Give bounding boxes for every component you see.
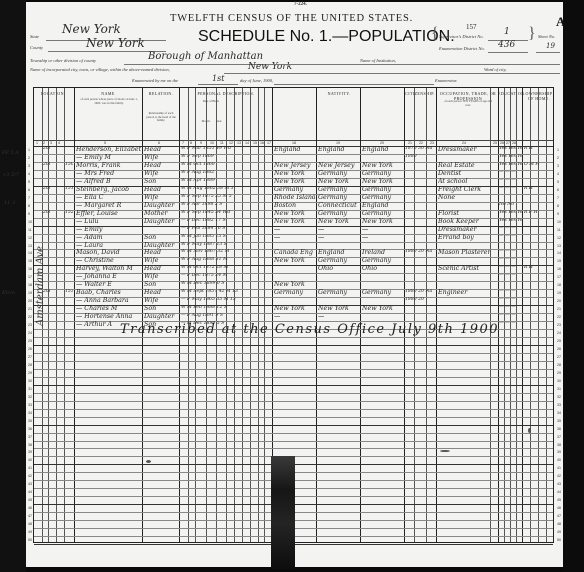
education-cell: — — — (499, 289, 522, 294)
name-cell: Morris, Frank (76, 162, 141, 169)
personal-description-cell: — F Aug 1891 9 S (181, 313, 271, 318)
sheet-no-line (536, 52, 560, 53)
column-divider (522, 88, 523, 542)
street-name-margin: Amsterdam Ave (35, 246, 46, 326)
father-birthplace-cell: Germany (318, 170, 359, 177)
row-divider (34, 433, 553, 434)
father-birthplace-cell: Germany (318, 186, 359, 193)
personal-description-cell: W M Sept 1857 42 M 13 (181, 289, 271, 294)
row-number-left: 39 (28, 450, 32, 454)
row-number-right: 3 (557, 164, 559, 168)
birthplace-cell: New Jersey (274, 162, 315, 169)
education-cell: — — — (499, 273, 522, 278)
ink-speck (440, 450, 450, 452)
county-label: County (30, 45, 43, 50)
row-number-right: 47 (557, 514, 561, 518)
column-number: 21 (408, 141, 412, 145)
district-brace-right: } (528, 25, 536, 43)
row-divider (34, 417, 553, 418)
family-number-cell: 151 (65, 186, 73, 191)
father-birthplace-cell: — (318, 226, 359, 233)
institution-line (266, 64, 560, 65)
row-number-right: 37 (557, 435, 561, 439)
row-divider (34, 337, 553, 338)
father-birthplace-cell: New York (318, 218, 359, 225)
ink-speck (528, 428, 531, 433)
left-note-1: FF 5 A (2, 150, 19, 156)
name-cell: — Mrs Fred (76, 170, 141, 177)
form-id: 7-224. (294, 2, 307, 7)
relation-cell: Son (144, 234, 178, 241)
personal-description-cell: W F Mar 1851 49 Wd (181, 146, 271, 151)
relation-cell: Wife (144, 257, 178, 264)
personal-description-cell: W F Sep 1845 54 Wd (181, 210, 271, 215)
relation-cell: Daughter (144, 242, 178, 249)
name-cell: — Alfred B (76, 178, 141, 185)
father-birthplace-cell: New York (318, 305, 359, 312)
name-cell: Harvey, Walton M (76, 265, 141, 272)
column-divider (538, 88, 539, 542)
personal-description-cell: W F Aug 1868 31 M (181, 257, 271, 262)
personal-description-cell: W F Apr 1898 2 S (181, 202, 271, 207)
table-header: LOCATION. NAME of each person whose plac… (34, 88, 553, 147)
row-number-left: 19 (28, 291, 32, 295)
name-cell: — Christine (76, 257, 141, 264)
birthplace-cell: — (274, 226, 315, 233)
mother-birthplace-cell: England (362, 146, 403, 153)
personal-description-cell: — F Dec 1875 24 M (181, 273, 271, 278)
row-number-left: 46 (28, 506, 32, 510)
column-number: 11 (220, 141, 224, 145)
personal-description-cell: W M Oct 1860 (181, 162, 271, 167)
row-number-left: 9 (28, 212, 30, 216)
supervisor-label: Supervisor's District No. (439, 34, 484, 39)
education-cell: Yes Yes Yes (499, 218, 522, 223)
enumerated-suffix: day of June, 1900, (240, 78, 273, 83)
column-number: 28 (512, 141, 516, 145)
personal-description-cell: — F May 1865 35 M 13 (181, 297, 271, 302)
header-citizenship: CITIZENSHIP. (404, 91, 436, 96)
father-birthplace-cell: England (318, 249, 359, 256)
row-number-left: 11 (28, 228, 32, 232)
house-number-cell: 200 (43, 146, 50, 151)
citizenship-cell: 1880 20 Na (405, 289, 435, 294)
occupation-cell: Book Keeper (438, 218, 490, 225)
education-cell: — — — (499, 305, 522, 310)
row-divider (34, 401, 553, 402)
enumerated-day: 1st (212, 74, 224, 83)
column-number: 9 (200, 141, 202, 145)
mother-birthplace-cell: England (362, 202, 403, 209)
name-cell: — Johanna E (76, 273, 141, 280)
row-divider (34, 377, 553, 378)
birthplace-cell: England (274, 146, 315, 153)
row-number-right: 5 (557, 180, 559, 184)
enumeration-value: 436 (498, 40, 515, 50)
document-title: TWELFTH CENSUS OF THE UNITED STATES. (170, 13, 413, 24)
row-number-left: 45 (28, 498, 32, 502)
mother-birthplace-cell: Germany (362, 210, 403, 217)
education-cell: Yes Yes Yes (499, 162, 522, 167)
mother-birthplace-cell: — (362, 226, 403, 233)
birthplace-cell: Boston (274, 202, 315, 209)
name-cell: — Adam (76, 234, 141, 241)
row-number-left: 33 (28, 403, 32, 407)
column-number: 17 (267, 141, 271, 145)
row-number-right: 44 (557, 490, 561, 494)
birthplace-cell: New York (274, 178, 315, 185)
row-number-left: 14 (28, 251, 32, 255)
enumerator-line (274, 84, 434, 85)
row-number-left: 24 (28, 331, 32, 335)
header-occupation-sub: of each person TEN YEARS of age and over… (442, 100, 494, 107)
column-number: 12 (229, 141, 233, 145)
education-cell: — — — (499, 321, 522, 326)
row-number-left: 16 (28, 267, 32, 271)
mother-birthplace-cell: Germany (362, 257, 403, 264)
column-number: 1 (36, 141, 38, 145)
sheet-no-value: 19 (546, 42, 555, 50)
row-number-right: 21 (557, 307, 561, 311)
row-number-left: 18 (28, 283, 32, 287)
row-number-left: 38 (28, 443, 32, 447)
birthplace-cell: — (274, 313, 315, 320)
ownership-cell: R H (524, 186, 554, 191)
row-number-right: 26 (557, 347, 561, 351)
father-birthplace-cell: Germany (318, 289, 359, 296)
name-cell: — Charles M (76, 305, 141, 312)
row-number-left: 50 (28, 538, 32, 542)
row-number-right: 38 (557, 443, 561, 447)
row-number-right: 14 (557, 251, 561, 255)
ownership-cell: R F H (524, 210, 554, 215)
row-number-right: 48 (557, 522, 561, 526)
column-number: 20 (380, 141, 384, 145)
column-number: 23 (430, 141, 434, 145)
birthplace-cell: Canada Eng (274, 249, 315, 256)
schedule-title: SCHEDULE No. 1.—POPULATION. (198, 28, 455, 46)
sheet-number: 157 (466, 23, 477, 31)
ward-line (336, 73, 560, 74)
row-number-right: 22 (557, 315, 561, 319)
column-number: 19 (336, 141, 340, 145)
row-number-right: 23 (557, 323, 561, 327)
row-number-right: 25 (557, 339, 561, 343)
row-divider (34, 385, 553, 386)
row-number-left: 1 (28, 148, 30, 152)
name-cell: Effler, Louise (76, 210, 141, 217)
column-number: 25 (493, 141, 497, 145)
birthplace-cell: New York (274, 305, 315, 312)
relation-cell: Son (144, 305, 178, 312)
relation-cell: Wife (144, 273, 178, 280)
row-number-left: 37 (28, 435, 32, 439)
header-nativity: NATIVITY. (274, 91, 404, 96)
row-divider (34, 345, 553, 346)
header-name: NAME (74, 91, 142, 96)
personal-description-cell: W M Oct 1872 28 M (181, 265, 271, 270)
row-number-right: 29 (557, 371, 561, 375)
personal-description-cell: W M Feb 1888 12 S (181, 305, 271, 310)
name-cell: — Hortense Anna (76, 313, 141, 320)
row-number-right: 50 (557, 538, 561, 542)
education-cell: No No (499, 202, 522, 207)
education-cell: — — — (499, 265, 522, 270)
relation-cell: Head (144, 186, 178, 193)
occupation-cell: Dentist (438, 170, 490, 177)
row-number-right: 35 (557, 419, 561, 423)
relation-cell: Daughter (144, 218, 178, 225)
family-number-cell: 153 (65, 289, 73, 294)
row-number-left: 13 (28, 244, 32, 248)
column-divider (546, 88, 547, 542)
row-number-right: 1 (557, 148, 559, 152)
mother-birthplace-cell: Ireland (362, 249, 403, 256)
scan-smudge (271, 456, 295, 569)
enumerator-label: Enumerator. (435, 78, 457, 83)
row-number-right: 7 (557, 196, 559, 200)
column-number: 26 (500, 141, 504, 145)
state-value: New York (62, 22, 121, 36)
family-number-cell: 152 (65, 210, 73, 215)
mother-birthplace-cell: Germany (362, 170, 403, 177)
education-cell: — — — (499, 257, 522, 262)
mother-birthplace-cell: New York (362, 178, 403, 185)
row-number-right: 41 (557, 466, 561, 470)
birthplace-cell: Rhode Island (274, 194, 315, 201)
column-number: 2 (43, 141, 45, 145)
birthplace-cell: New York (274, 257, 315, 264)
education-cell: — — — (499, 226, 522, 231)
relation-cell: Son (144, 178, 178, 185)
relation-cell: Head (144, 265, 178, 272)
name-cell: — Ella C (76, 194, 141, 201)
personal-description-cell: W M Nov 1867 32 M (181, 249, 271, 254)
row-number-right: 2 (557, 156, 559, 160)
row-number-left: 43 (28, 482, 32, 486)
personal-description-cell: W M Jan 1885 15 S (181, 234, 271, 239)
row-number-left: 26 (28, 347, 32, 351)
ownership-cell: R H (524, 265, 554, 270)
education-cell: — — — (499, 297, 522, 302)
ownership-cell: O M H (524, 162, 554, 167)
mother-birthplace-cell: New York (362, 162, 403, 169)
education-cell: — — — (499, 249, 522, 254)
row-number-left: 49 (28, 530, 32, 534)
occupation-cell: Dressmaker (438, 146, 490, 153)
column-number: 27 (506, 141, 510, 145)
row-number-right: 12 (557, 236, 561, 240)
row-number-left: 4 (28, 172, 30, 176)
name-cell: — Anna Barbara (76, 297, 141, 304)
row-number-left: 23 (28, 323, 32, 327)
row-number-left: 36 (28, 427, 32, 431)
row-number-right: 49 (557, 530, 561, 534)
row-number-left: 31 (28, 387, 32, 391)
row-number-right: 42 (557, 474, 561, 478)
enumerated-day-line (198, 84, 238, 85)
relation-cell: Head (144, 289, 178, 296)
column-number: 5 (104, 141, 106, 145)
column-number: 3 (50, 141, 52, 145)
row-divider (34, 361, 553, 362)
row-number-right: 19 (557, 291, 561, 295)
row-number-right: 10 (557, 220, 561, 224)
father-birthplace-cell: New Jersey (318, 162, 359, 169)
column-divider (142, 88, 143, 542)
column-number: 16 (260, 141, 264, 145)
row-number-right: 16 (557, 267, 561, 271)
row-number-left: 21 (28, 307, 32, 311)
left-note-2: +3 5/7 (2, 172, 19, 178)
personal-description-cell: W F Sep 1875 25 M 5 (181, 194, 271, 199)
row-number-left: 2 (28, 156, 30, 160)
row-number-right: 46 (557, 506, 561, 510)
citizenship-cell: 1880 20 Na (405, 249, 435, 254)
row-number-right: 28 (557, 363, 561, 367)
father-birthplace-cell: England (318, 146, 359, 153)
birthplace-cell: New York (274, 281, 315, 288)
occupation-cell: Engineer (438, 289, 490, 296)
county-value: New York (86, 36, 145, 50)
row-number-left: 34 (28, 411, 32, 415)
relation-cell: Mother (144, 210, 178, 217)
relation-cell: Wife (144, 154, 178, 161)
city-label: Name of incorporated city, town, or vill… (30, 67, 170, 72)
township-value: Borough of Manhattan (148, 51, 263, 62)
relation-cell: Head (144, 249, 178, 256)
row-divider (34, 393, 553, 394)
birthplace-cell: New York (274, 170, 315, 177)
education-cell: Yes Yes Yes (499, 146, 522, 151)
row-number-left: 48 (28, 522, 32, 526)
name-cell: — Laura (76, 242, 141, 249)
occupation-cell: Errand boy (438, 234, 490, 241)
city-line (224, 73, 336, 74)
scan-border-right (563, 0, 584, 572)
column-divider (490, 88, 491, 542)
row-number-right: 39 (557, 450, 561, 454)
column-number: 13 (237, 141, 241, 145)
father-birthplace-cell: Ohio (318, 265, 359, 272)
row-number-left: 44 (28, 490, 32, 494)
relation-cell: Wife (144, 194, 178, 201)
row-number-left: 25 (28, 339, 32, 343)
education-cell: — — — (499, 178, 522, 183)
row-number-left: 32 (28, 395, 32, 399)
row-number-left: 47 (28, 514, 32, 518)
column-number: 24 (462, 141, 466, 145)
name-cell: Steinberg, Jacob (76, 186, 141, 193)
birthplace-cell: New York (274, 210, 315, 217)
birthplace-cell: Germany (274, 289, 315, 296)
row-divider (34, 448, 553, 449)
family-number-cell: 150 (65, 162, 73, 167)
row-number-right: 32 (557, 395, 561, 399)
relation-cell: Wife (144, 297, 178, 304)
row-divider (34, 353, 553, 354)
occupation-cell: None (438, 194, 490, 201)
row-number-left: 35 (28, 419, 32, 423)
row-number-left: 41 (28, 466, 32, 470)
father-birthplace-cell: — (318, 313, 359, 320)
name-cell: — Emily M (76, 154, 141, 161)
column-number: 14 (245, 141, 249, 145)
column-number: 15 (253, 141, 257, 145)
education-cell: — — — (499, 313, 522, 318)
birthplace-cell: Germany (274, 186, 315, 193)
row-number-right: 4 (557, 172, 559, 176)
row-number-left: 22 (28, 315, 32, 319)
column-divider (360, 88, 361, 542)
name-cell: — Walter E (76, 281, 141, 288)
citizenship-cell: 1880 (405, 154, 435, 159)
name-cell: Mason, David (76, 249, 141, 256)
row-number-right: 34 (557, 411, 561, 415)
row-number-left: 15 (28, 259, 32, 263)
personal-description-cell: W M Dec 1899 0 S (181, 281, 271, 286)
column-divider (179, 88, 180, 542)
occupation-cell: Florist (438, 210, 490, 217)
education-cell: Yes Yes Yes (499, 210, 522, 215)
enumerated-label: Enumerated by me on the (132, 78, 178, 83)
occupation-cell: Freight Clerk (438, 186, 490, 193)
left-note-4: Klein (2, 290, 15, 296)
row-number-left: 3 (28, 164, 30, 168)
education-cell: — — — (499, 186, 522, 191)
header-ownership: OWNERSHIP OF HOME. (524, 91, 554, 101)
column-number: 10 (210, 141, 214, 145)
row-number-right: 13 (557, 244, 561, 248)
father-birthplace-cell: — (318, 234, 359, 241)
row-number-left: 5 (28, 180, 30, 184)
occupation-cell: Mason Plasterer (438, 249, 490, 256)
personal-description-cell: — F Feb 1884 16 S (181, 226, 271, 231)
row-divider (34, 441, 553, 442)
house-number-cell: 200 (43, 210, 50, 215)
occupation-cell: Real Estate (438, 162, 490, 169)
row-number-left: 20 (28, 299, 32, 303)
occupation-cell: Dressmaker (438, 226, 490, 233)
row-number-right: 40 (557, 458, 561, 462)
row-number-left: 28 (28, 363, 32, 367)
ink-speck (146, 460, 151, 463)
row-number-right: 30 (557, 379, 561, 383)
row-number-right: 11 (557, 228, 561, 232)
header-birth: Date of Birth. (200, 100, 222, 104)
row-divider (34, 369, 553, 370)
name-cell: — Lulu (76, 218, 141, 225)
row-number-right: 9 (557, 212, 559, 216)
row-number-right: 18 (557, 283, 561, 287)
institution-label: Name of Institution, (358, 58, 398, 63)
transcription-note: Transcribed at the Census Office July 9t… (120, 322, 499, 337)
row-number-left: 27 (28, 355, 32, 359)
relation-cell: Son (144, 281, 178, 288)
personal-description-cell: W M Aug 1862 38 M 5 (181, 186, 271, 191)
name-cell: Henderson, Elizabeth (76, 146, 141, 153)
row-number-right: 24 (557, 331, 561, 335)
left-note-3: 11 3 (4, 200, 15, 206)
education-cell: Yes Yes Yes (499, 154, 522, 159)
house-number-cell: 200 (43, 162, 50, 167)
relation-cell: Head (144, 162, 178, 169)
row-number-left: 17 (28, 275, 32, 279)
row-number-right: 43 (557, 482, 561, 486)
row-number-left: 42 (28, 474, 32, 478)
relation-cell: Daughter (144, 313, 178, 320)
education-cell: — — — (499, 234, 522, 239)
